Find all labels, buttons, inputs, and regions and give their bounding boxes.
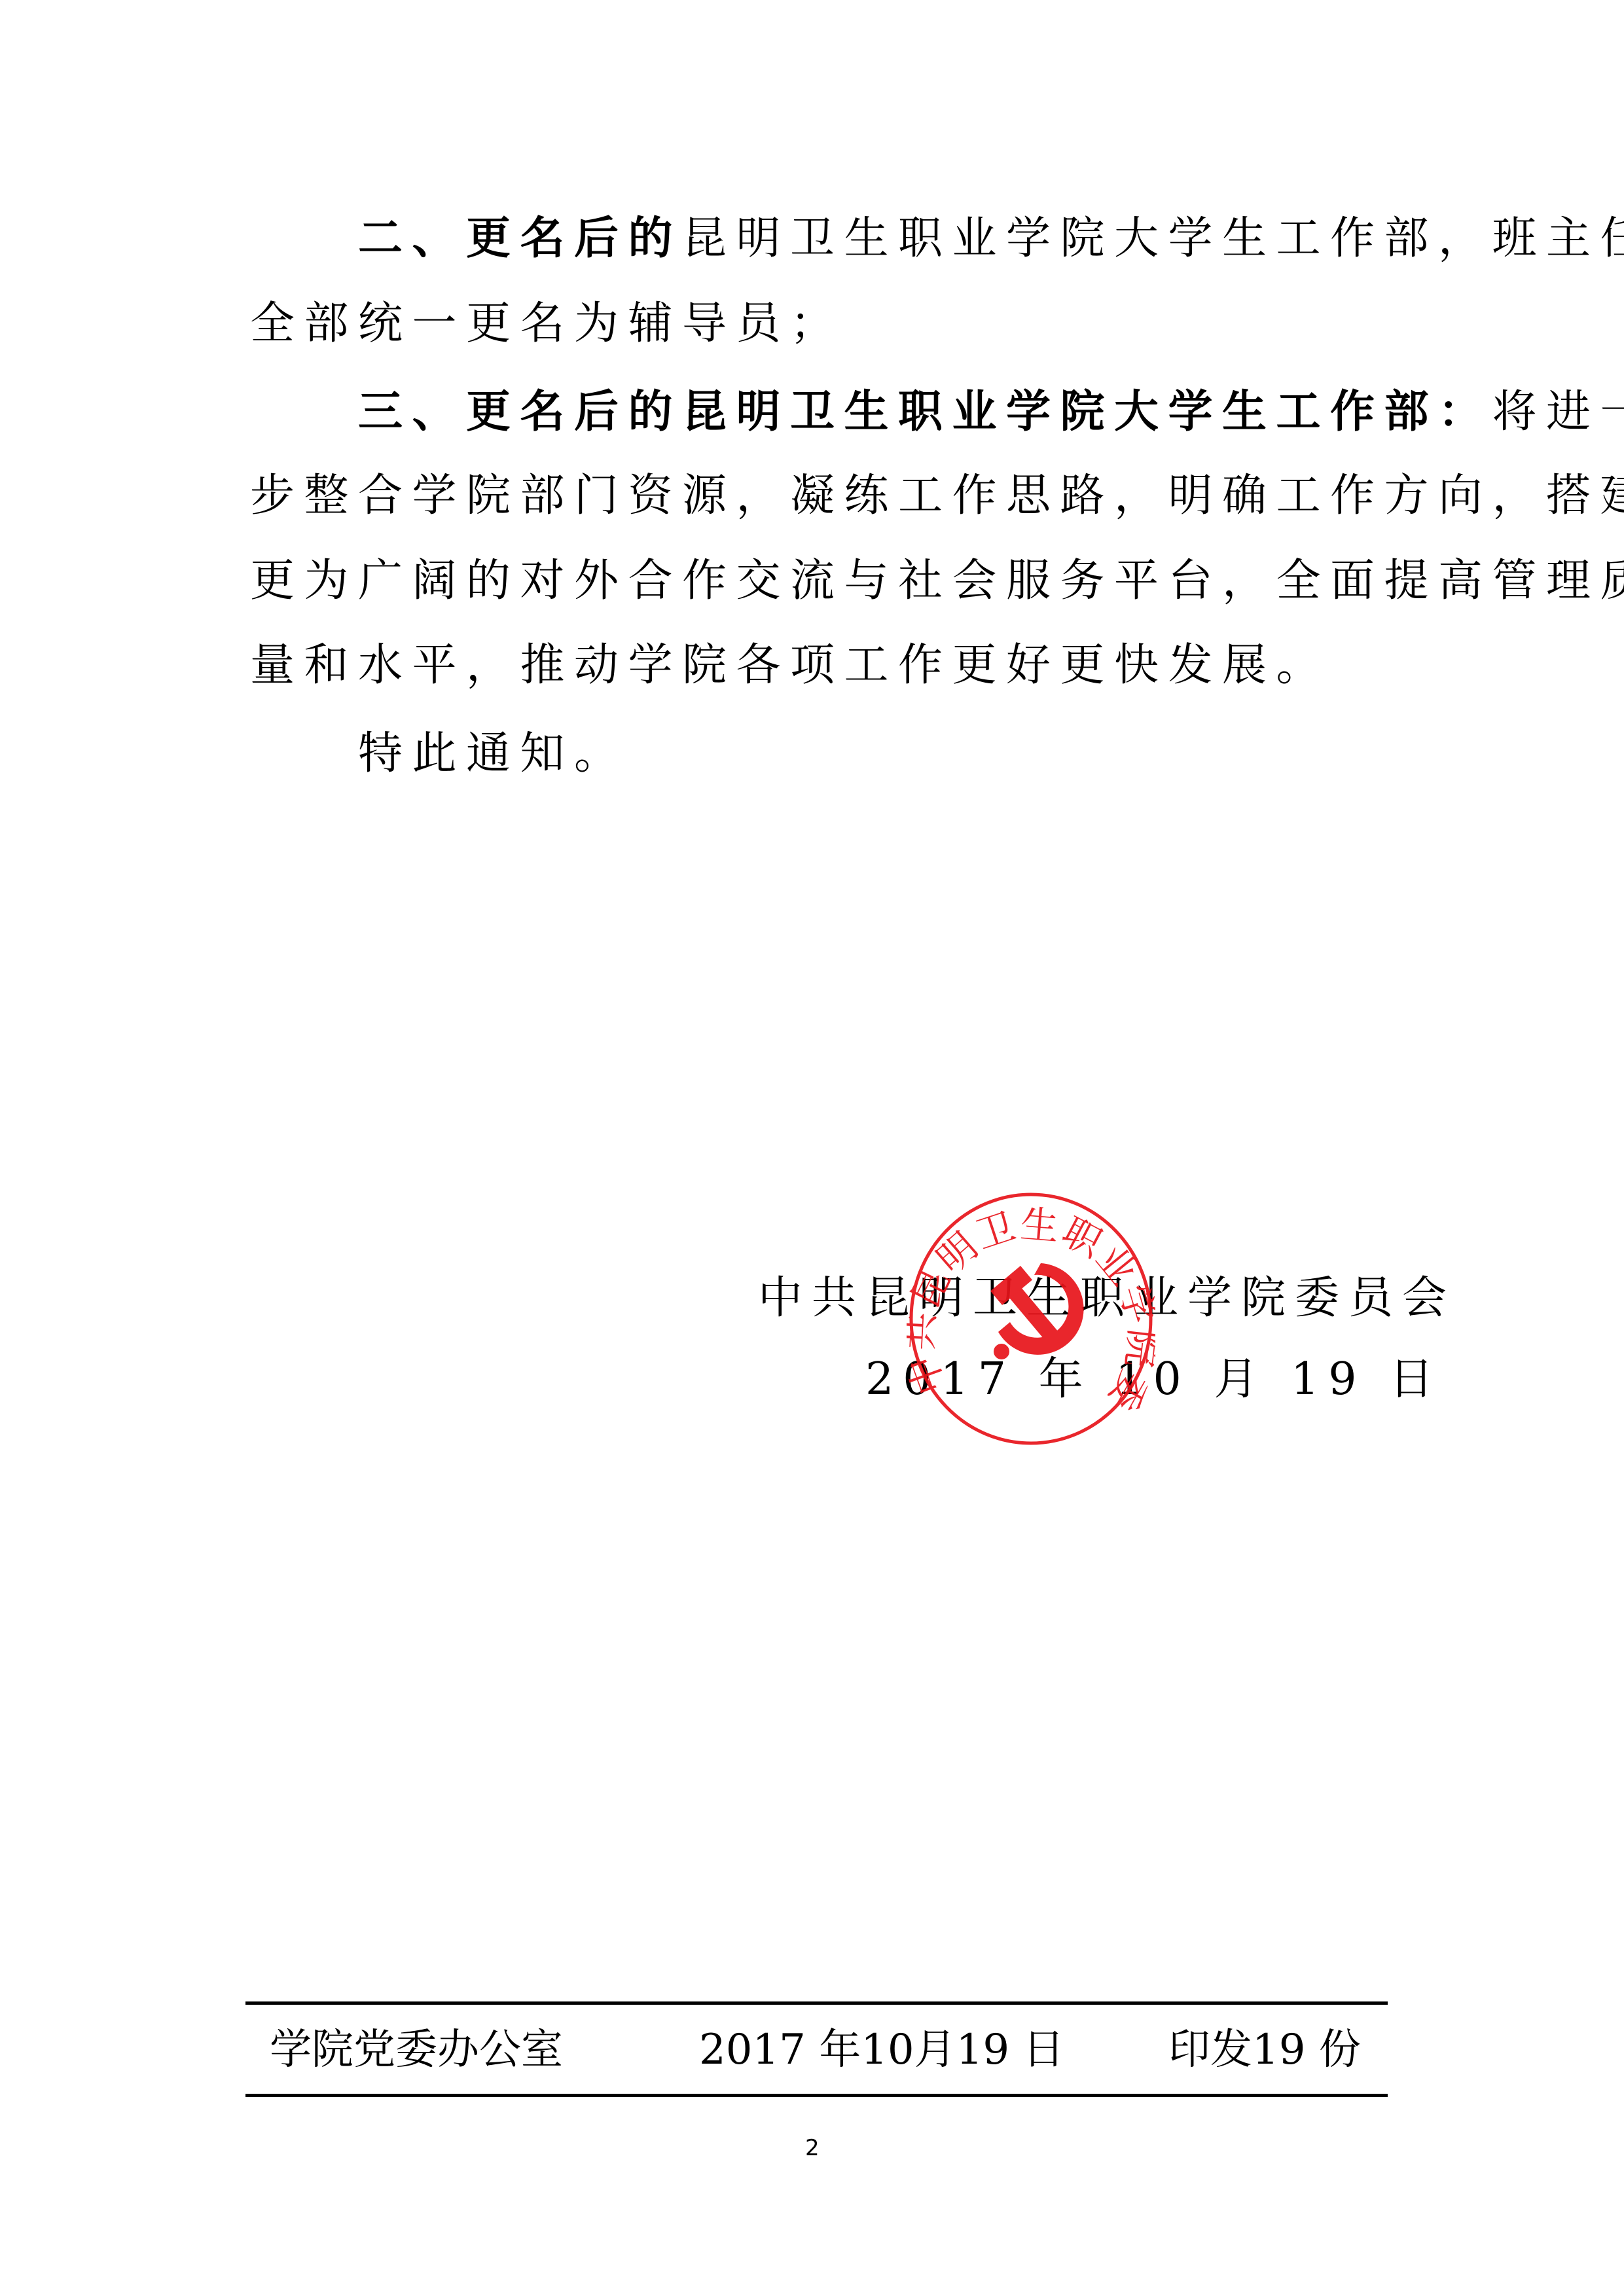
para2-bold-lead: 二、更名后的 [358, 213, 682, 264]
para3-line1: 三、更名后的昆明卫生职业学院大学生工作部：将进一 [358, 370, 1624, 455]
official-seal-icon: 中共昆明卫生职业学院委员会 [907, 1191, 1155, 1446]
hammer-sickle-icon [990, 1263, 1084, 1359]
closing-line: 特此通知。 [358, 711, 628, 797]
footer-office: 学院党委办公室 [270, 2024, 563, 2076]
para3-line3: 更为广阔的对外合作交流与社会服务平台，全面提高管理质 [250, 539, 1624, 624]
page-number: 2 [805, 2135, 820, 2161]
para3-bold-lead: 三、更名后的昆明卫生职业学院大学生工作部： [358, 386, 1492, 438]
para2-line1: 二、更名后的昆明卫生职业学院大学生工作部，班主任 [358, 196, 1624, 281]
footer-copies: 印发19 份 [1168, 2024, 1361, 2076]
footer-date: 2017 年10月19 日 [699, 2024, 1064, 2076]
footer-bottom-rule [245, 2094, 1388, 2097]
para2-line2: 全部统一更名为辅导员； [250, 281, 844, 367]
document-page: 二、更名后的昆明卫生职业学院大学生工作部，班主任 全部统一更名为辅导员； 三、更… [0, 0, 1624, 2296]
footer-top-rule [245, 2001, 1388, 2005]
para2-line1-rest: 昆明卫生职业学院大学生工作部，班主任 [682, 213, 1624, 264]
para3-line4: 量和水平，推动学院各项工作更好更快发展。 [250, 623, 1330, 708]
para3-line1-rest: 将进一 [1492, 386, 1624, 438]
para3-line2: 步整合学院部门资源，凝练工作思路，明确工作方向，搭建 [250, 454, 1624, 539]
